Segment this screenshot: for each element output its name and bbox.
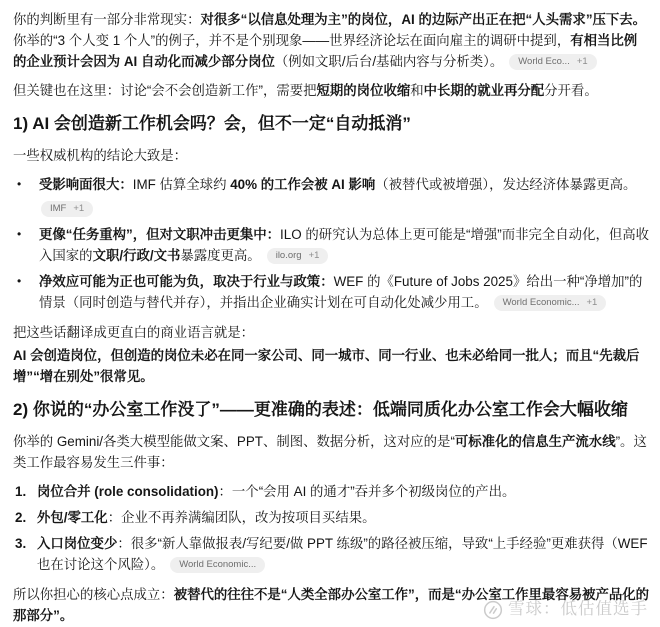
text-segment: ：很多“新人靠做报表/写纪要/做 PPT 练级”的路径被压缩，导致“上手经验”更… — [37, 536, 648, 572]
text-segment: 分开看。 — [544, 83, 598, 98]
text-segment: 你举的“3 个人变 1 个人”的例子，并不是个别现象——世界经济论坛在面向雇主的… — [13, 33, 570, 48]
bullet-icon: • — [13, 271, 39, 313]
section1-lead: 一些权威机构的结论大致是： — [13, 145, 650, 166]
text-segment: 外包/零工化 — [37, 510, 108, 525]
citation-chip-count: +1 — [587, 297, 598, 308]
citation-chip-label: IMF — [50, 203, 66, 214]
citation-chip-count: +1 — [73, 203, 84, 214]
xueqiu-snowball-icon — [483, 600, 503, 620]
citation-chip[interactable]: World Economic...+1 — [494, 295, 607, 311]
list-item: • 净效应可能为正也可能为负，取决于行业与政策：WEF 的《Future of … — [13, 271, 650, 313]
article-body: 你的判断里有一部分非常现实：对很多“以信息处理为主”的岗位，AI 的边际产出正在… — [0, 0, 660, 627]
list-item: 3. 入口岗位变少：很多“新人靠做报表/写纪要/做 PPT 练级”的路径被压缩，… — [13, 533, 650, 575]
text-segment: 所以你担心的核心点成立： — [13, 587, 174, 602]
list-item: 2. 外包/零工化：企业不再养满编团队，改为按项目买结果。 — [13, 507, 650, 528]
text-segment: 短期的岗位收缩 — [317, 83, 411, 98]
text-segment: （被替代或被增强），发达经济体暴露更高。 — [375, 177, 636, 192]
text-segment: 但关键也在这里：讨论“会不会创造新工作”，需要把 — [13, 83, 317, 98]
text-segment: 对很多“以信息处理为主”的岗位，AI 的边际产出正在把“人头需求”压下去。 — [200, 12, 646, 27]
section2-heading: 2) 你说的“办公室工作没了”——更准确的表述：低端同质化办公室工作会大幅收缩 — [13, 398, 650, 422]
list-item: • 受影响面很大：IMF 估算全球约 40% 的工作会被 AI 影响（被替代或被… — [13, 174, 650, 219]
xueqiu-watermark: 雪球：低估值选手 — [483, 599, 648, 620]
text-segment: 入口岗位变少 — [37, 536, 117, 551]
text-segment: 你的判断里有一部分非常现实： — [13, 12, 200, 27]
text-segment: 中长期的就业再分配 — [424, 83, 545, 98]
text-segment: （例如文职/后台/基础内容与分析类）。 — [275, 54, 503, 69]
list-number: 1. — [13, 481, 37, 502]
citation-chip-label: World Eco... — [518, 56, 570, 67]
bullet-icon: • — [13, 224, 39, 266]
citation-chip[interactable]: IMF+1 — [41, 201, 93, 217]
section2-intro: 你举的 Gemini/各类大模型能做文案、PPT、制图、数据分析，这对应的是“可… — [13, 431, 650, 473]
text-segment: 你举的 Gemini/各类大模型能做文案、PPT、制图、数据分析，这对应的是“ — [13, 434, 455, 449]
list-number: 3. — [13, 533, 37, 575]
bullet-icon: • — [13, 174, 39, 219]
citation-chip-label: World Economic... — [179, 559, 256, 570]
citation-chip-count: +1 — [577, 56, 588, 67]
text-segment: 40% 的工作会被 AI 影响 — [230, 177, 375, 192]
list-item: 1. 岗位合并 (role consolidation)：一个“会用 AI 的通… — [13, 481, 650, 502]
citation-chip[interactable]: World Eco...+1 — [509, 54, 596, 70]
translation-paragraph: AI 会创造岗位，但创造的岗位未必在同一家公司、同一城市、同一行业、也未必给同一… — [13, 345, 650, 387]
text-segment: 可标准化的信息生产流水线 — [455, 434, 616, 449]
list-item: • 更像“任务重构”，但对文职冲击更集中：ILO 的研究认为总体上更可能是“增强… — [13, 224, 650, 266]
text-segment: 文职/行政/文书 — [93, 248, 181, 263]
citation-chip[interactable]: World Economic... — [170, 557, 265, 573]
citation-chip-label: World Economic... — [503, 297, 580, 308]
citation-chip-label: ilo.org — [276, 250, 302, 261]
text-segment: ：企业不再养满编团队，改为按项目买结果。 — [108, 510, 376, 525]
text-segment: 岗位合并 (role consolidation) — [37, 484, 219, 499]
text-segment: ：一个“会用 AI 的通才”吞并多个初级岗位的产出。 — [219, 484, 516, 499]
text-segment: 暴露度更高。 — [180, 248, 260, 263]
list-number: 2. — [13, 507, 37, 528]
watermark-text: 雪球：低估值选手 — [508, 599, 648, 620]
text-segment: IMF 估算全球约 — [133, 177, 230, 192]
text-segment: 净效应可能为正也可能为负，取决于行业与政策： — [39, 274, 334, 289]
citation-chip-count: +1 — [309, 250, 320, 261]
text-segment: 受影响面很大： — [39, 177, 133, 192]
key-point-paragraph: 但关键也在这里：讨论“会不会创造新工作”，需要把短期的岗位收缩和中长期的就业再分… — [13, 80, 650, 101]
citation-chip[interactable]: ilo.org+1 — [267, 248, 329, 264]
three-things-list: 1. 岗位合并 (role consolidation)：一个“会用 AI 的通… — [13, 481, 650, 575]
section1-heading: 1) AI 会创造新工作机会吗？会，但不一定“自动抵消” — [13, 112, 650, 136]
translation-lead: 把这些话翻译成更直白的商业语言就是： — [13, 322, 650, 343]
authority-bullet-list: • 受影响面很大：IMF 估算全球约 40% 的工作会被 AI 影响（被替代或被… — [13, 174, 650, 313]
text-segment: 和 — [410, 83, 423, 98]
intro-paragraph: 你的判断里有一部分非常现实：对很多“以信息处理为主”的岗位，AI 的边际产出正在… — [13, 9, 650, 72]
text-segment: 更像“任务重构”，但对文职冲击更集中： — [39, 227, 280, 242]
